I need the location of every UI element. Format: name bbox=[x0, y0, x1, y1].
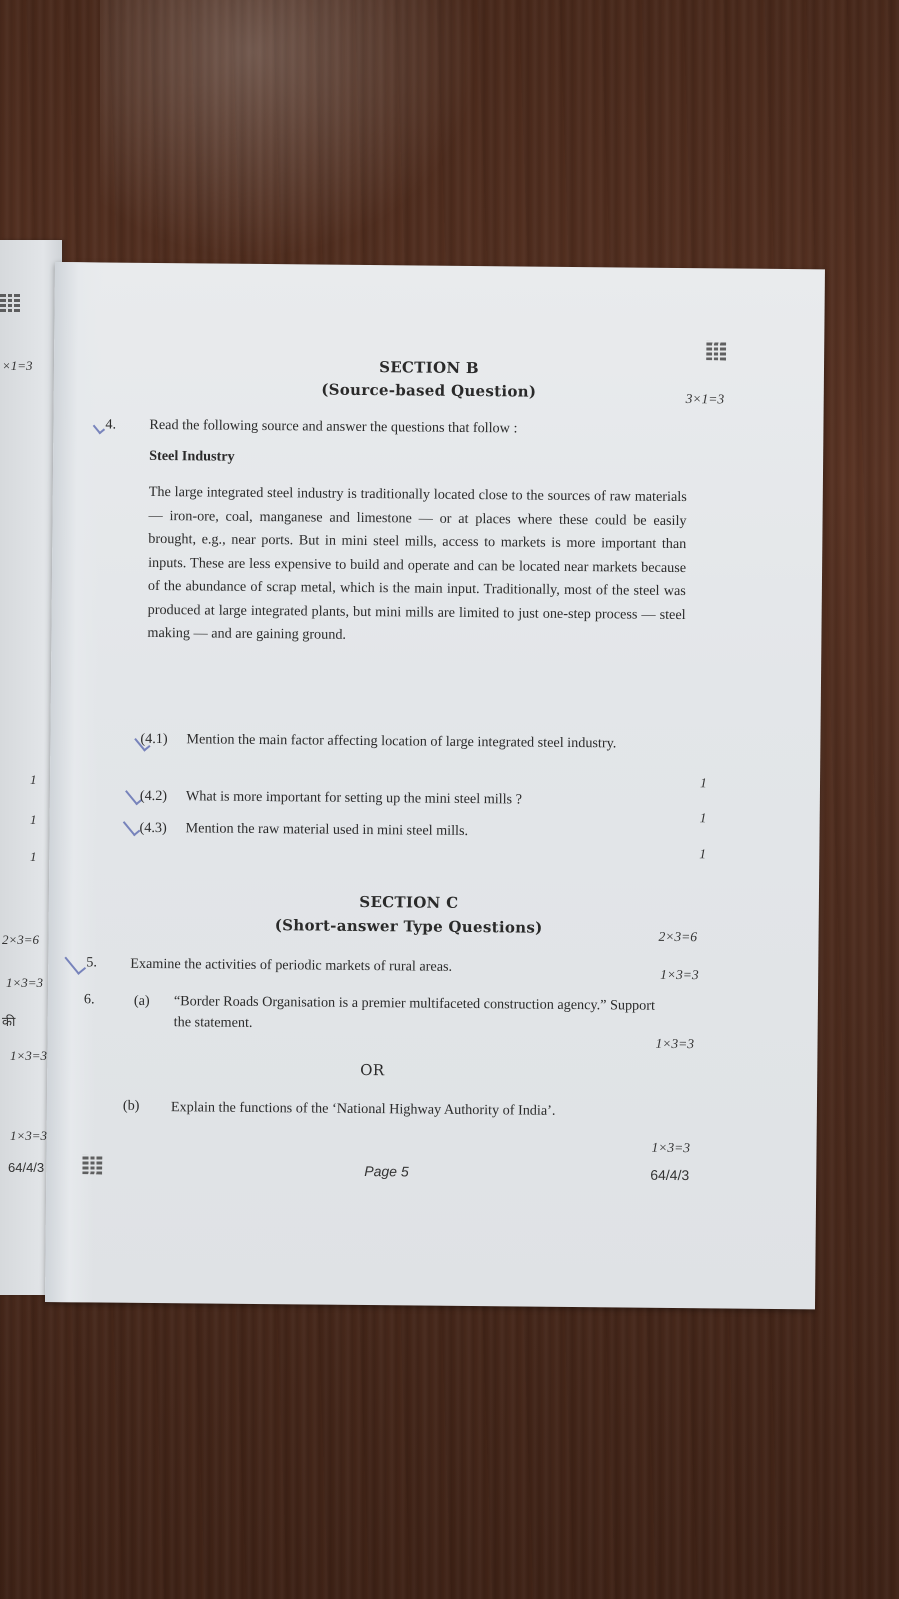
checkmark-icon bbox=[123, 817, 141, 836]
subquestion-text: Mention the main factor affecting locati… bbox=[186, 729, 686, 754]
q6b-marks: 1×3=3 bbox=[651, 1140, 690, 1156]
left-marks: 1 bbox=[30, 812, 37, 828]
left-marks: 1×3=3 bbox=[10, 1128, 47, 1144]
section-b-marks: 3×1=3 bbox=[686, 391, 725, 407]
subquestion-number: (4.1) bbox=[140, 729, 167, 749]
section-c-marks: 2×3=6 bbox=[658, 929, 697, 945]
q6b-label: (b) bbox=[123, 1096, 140, 1116]
left-marks: 2×3=6 bbox=[2, 932, 39, 948]
source-title: Steel Industry bbox=[149, 446, 235, 467]
subquestion-text: Mention the raw material used in mini st… bbox=[185, 818, 468, 841]
left-marks: 1×3=3 bbox=[6, 975, 43, 991]
left-marks: की bbox=[2, 1012, 15, 1030]
subquestion-marks: 1 bbox=[699, 846, 706, 862]
qr-code-icon bbox=[82, 1154, 102, 1174]
q6b-text: Explain the functions of the ‘National H… bbox=[171, 1096, 667, 1123]
page-fold bbox=[45, 262, 103, 1302]
question-number: 6. bbox=[84, 989, 95, 1009]
q6a-label: (a) bbox=[134, 991, 150, 1011]
subquestion-marks: 1 bbox=[700, 810, 707, 826]
left-marks: 1×3=3 bbox=[10, 1048, 47, 1064]
exam-page: SECTION B (Source-based Question) 3×1=3 … bbox=[45, 262, 825, 1309]
left-page-code: 64/4/3 bbox=[8, 1160, 44, 1175]
qr-code-icon bbox=[0, 292, 20, 312]
q5-marks: 1×3=3 bbox=[660, 967, 699, 983]
subquestion-marks: 1 bbox=[700, 775, 707, 791]
section-c-title: SECTION C bbox=[49, 890, 769, 915]
section-b-title: SECTION B bbox=[54, 355, 804, 380]
paper-code: 64/4/3 bbox=[650, 1167, 689, 1183]
subquestion-number: (4.3) bbox=[139, 818, 166, 838]
q4-instruction: Read the following source and answer the… bbox=[149, 415, 517, 439]
left-marks: ×1=3 bbox=[2, 358, 33, 374]
q5-text: Examine the activities of periodic marke… bbox=[130, 954, 452, 977]
subquestion-number: (4.2) bbox=[140, 786, 167, 806]
q6a-text: “Border Roads Organisation is a premier … bbox=[174, 991, 674, 1038]
or-divider: OR bbox=[47, 1058, 697, 1082]
light-glare bbox=[100, 0, 480, 260]
question-number: 4. bbox=[105, 414, 116, 434]
left-marks: 1 bbox=[30, 849, 37, 865]
source-passage: The large integrated steel industry is t… bbox=[147, 481, 687, 651]
left-marks: 1 bbox=[30, 772, 37, 788]
q6a-marks: 1×3=3 bbox=[655, 1036, 694, 1052]
page-number: Page 5 bbox=[364, 1163, 409, 1179]
subquestion-text: What is more important for setting up th… bbox=[186, 786, 522, 809]
qr-code-icon bbox=[706, 340, 726, 360]
question-number: 5. bbox=[86, 952, 97, 972]
